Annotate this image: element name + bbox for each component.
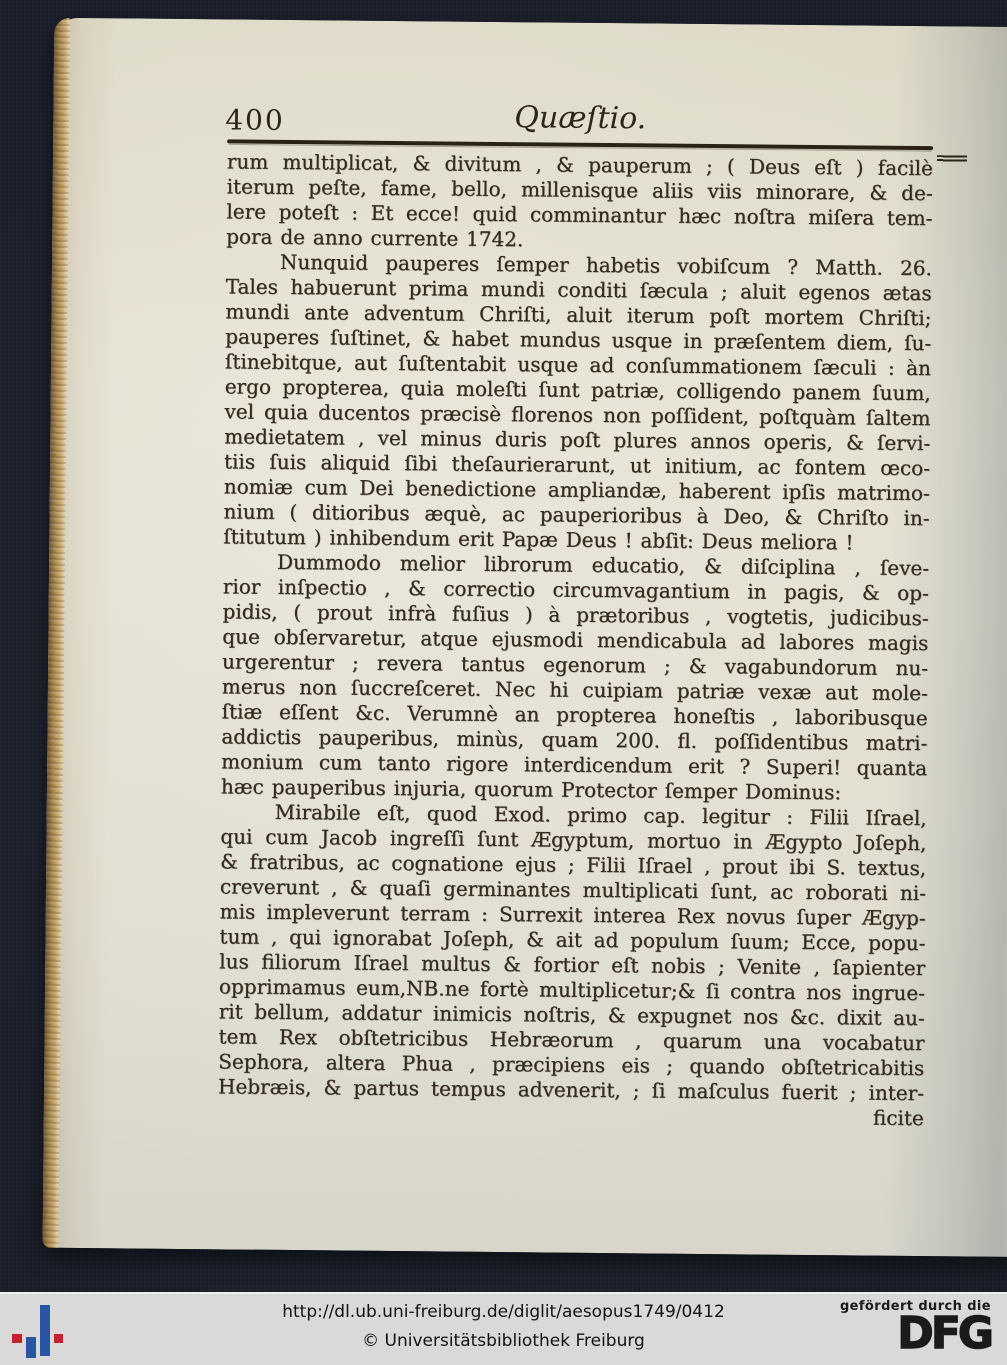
- text-block: rum multiplicat, & divitum , & pauperum …: [218, 149, 933, 1131]
- page-fore-edge: [42, 18, 70, 1248]
- book-page: 400 Quæſtio. rum multiplicat, & divitum …: [42, 18, 1007, 1257]
- header-rule: [227, 139, 933, 150]
- header-rule-dash: [937, 155, 967, 162]
- running-title: Quæſtio.: [227, 97, 933, 139]
- dfg-logo: gefördert durch die DFG: [840, 1299, 991, 1356]
- dfg-wordmark: DFG: [840, 1312, 991, 1356]
- scan-viewport: { "page": { "number": "400", "running_ti…: [0, 0, 1007, 1365]
- library-footer: http://dl.ub.uni-freiburg.de/diglit/aeso…: [0, 1292, 1007, 1365]
